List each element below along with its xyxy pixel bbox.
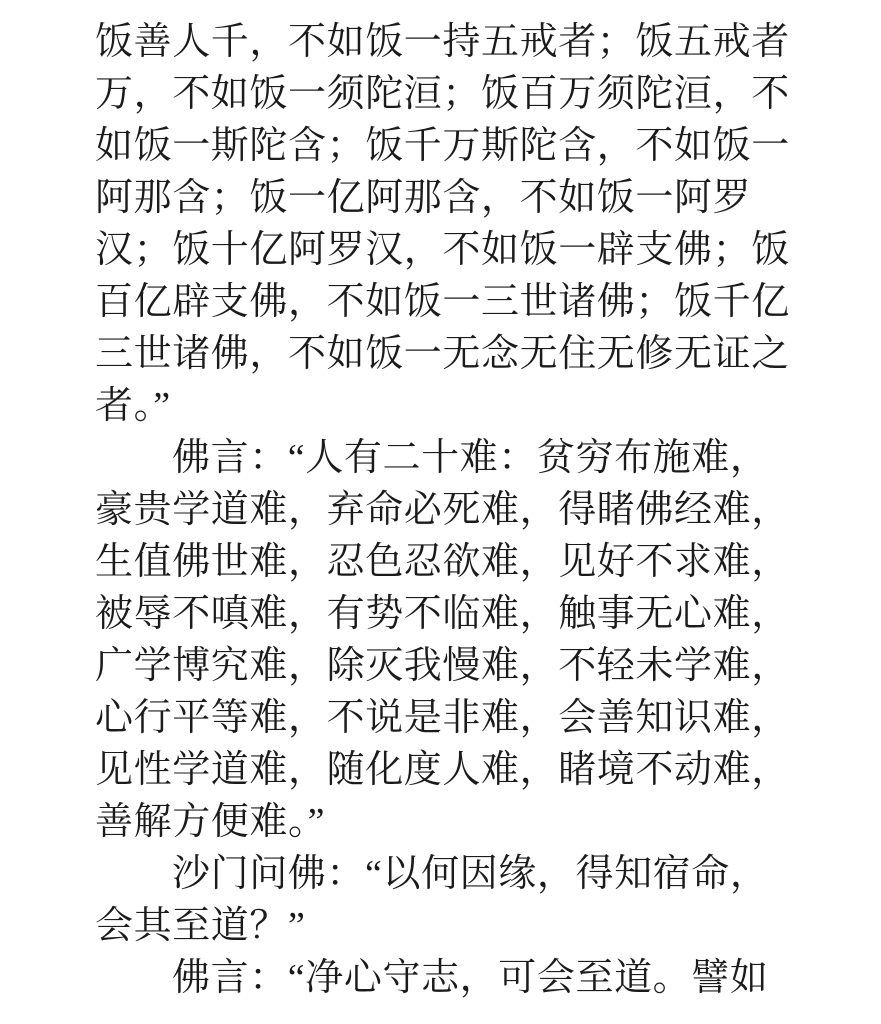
text-line: 者。” [95, 380, 795, 432]
text-line: 如饭一斯陀含；饭千万斯陀含，不如饭一 [95, 120, 795, 172]
text-line: 心行平等难，不说是非难，会善知识难， [95, 692, 795, 744]
text-line: 万，不如饭一须陀洹；饭百万须陀洹，不 [95, 68, 795, 120]
text-line: 佛言：“人有二十难：贫穷布施难， [95, 432, 795, 484]
text-line: 汉；饭十亿阿罗汉，不如饭一辟支佛；饭 [95, 224, 795, 276]
sutra-text-block: 饭善人千，不如饭一持五戒者；饭五戒者万，不如饭一须陀洹；饭百万须陀洹，不如饭一斯… [95, 16, 795, 1004]
text-line: 佛言：“净心守志，可会至道。譬如 [95, 952, 795, 1004]
text-line: 被辱不嗔难，有势不临难，触事无心难， [95, 588, 795, 640]
text-line: 饭善人千，不如饭一持五戒者；饭五戒者 [95, 16, 795, 68]
text-line: 善解方便难。” [95, 796, 795, 848]
text-line: 百亿辟支佛，不如饭一三世诸佛；饭千亿 [95, 276, 795, 328]
text-line: 生值佛世难，忍色忍欲难，见好不求难， [95, 536, 795, 588]
text-line: 见性学道难，随化度人难，睹境不动难， [95, 744, 795, 796]
text-line: 三世诸佛，不如饭一无念无住无修无证之 [95, 328, 795, 380]
text-line: 会其至道？” [95, 900, 795, 952]
text-line: 阿那含；饭一亿阿那含，不如饭一阿罗 [95, 172, 795, 224]
sutra-page: 饭善人千，不如饭一持五戒者；饭五戒者万，不如饭一须陀洹；饭百万须陀洹，不如饭一斯… [0, 0, 881, 1024]
text-line: 豪贵学道难，弃命必死难，得睹佛经难， [95, 484, 795, 536]
text-line: 广学博究难，除灭我慢难，不轻未学难， [95, 640, 795, 692]
text-line: 沙门问佛：“以何因缘，得知宿命， [95, 848, 795, 900]
